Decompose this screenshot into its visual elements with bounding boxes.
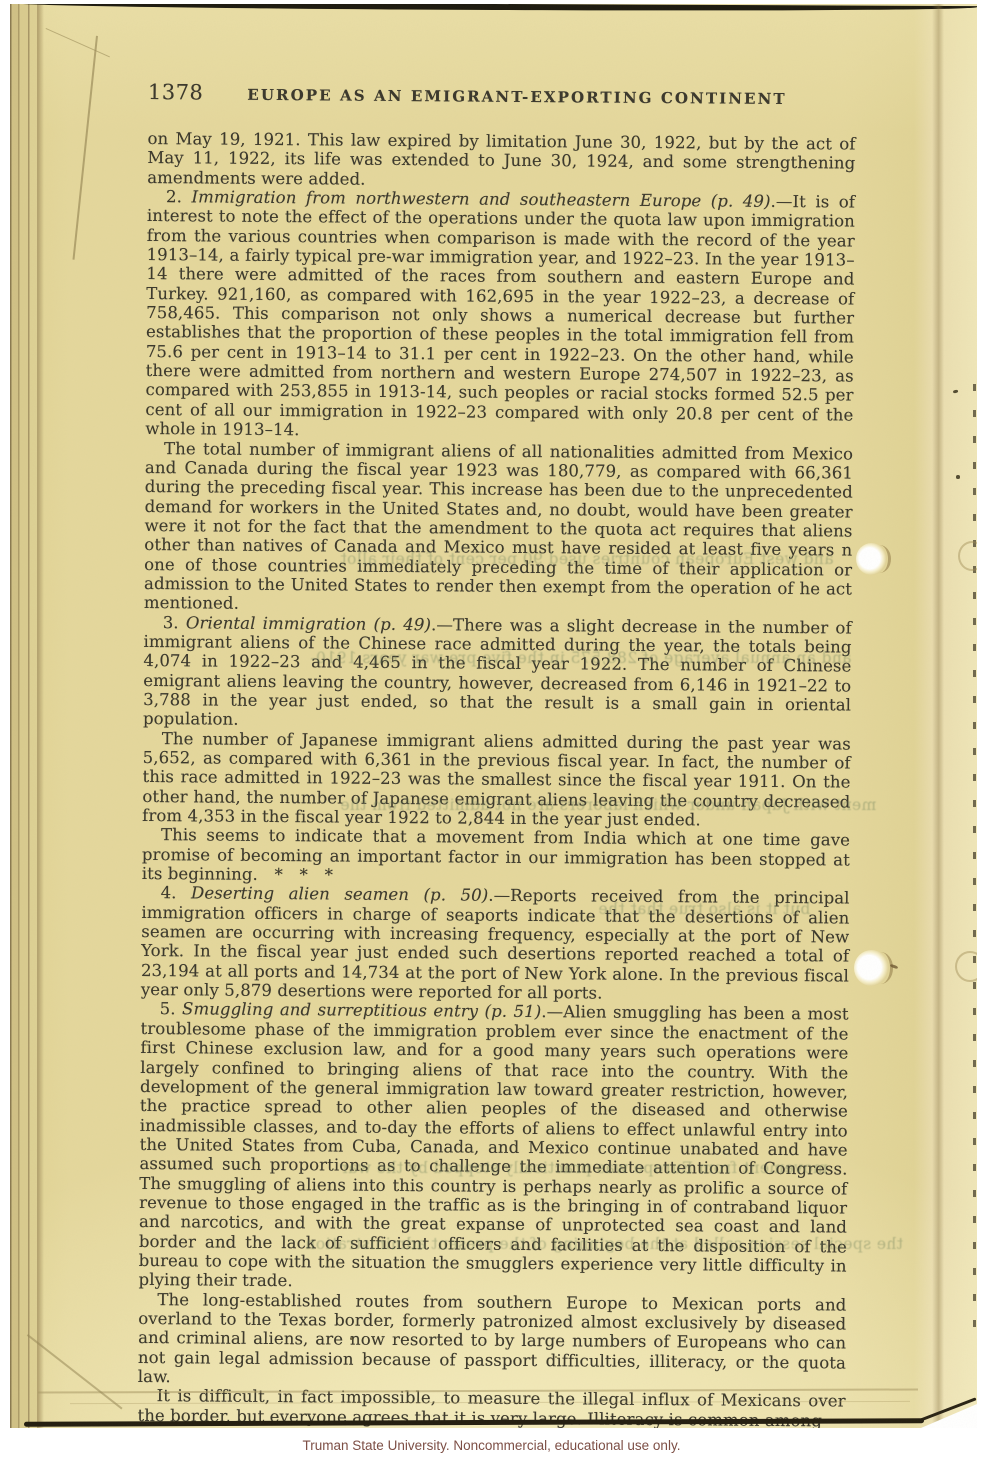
paragraph: The long-established routes from souther… (138, 1290, 847, 1392)
paragraph: The number of Japanese immigrant aliens … (142, 729, 851, 831)
paragraph: 3. Oriental immigration (p. 49).—There w… (143, 613, 852, 735)
paragraph-text: 4. (161, 884, 192, 903)
ink-speck (350, 1337, 353, 1340)
paragraph: 2. Immigration from northwestern and sou… (145, 187, 855, 444)
paragraph: 4. Deserting alien seamen (p. 50).—Repor… (141, 883, 850, 1005)
punch-hole (854, 950, 889, 986)
text-body: on May 19, 1921. This law expired by lim… (137, 129, 855, 1428)
ink-speck (555, 1356, 557, 1358)
paragraph-text: .—Reports received from the principal im… (141, 886, 850, 1003)
paragraph-text: on May 19, 1921. This law expired by lim… (147, 129, 855, 188)
paragraph-text: .—Alien smuggling has been a most troubl… (139, 1003, 849, 1291)
punch-hole (856, 543, 887, 575)
paragraph-text: 2. (166, 187, 192, 206)
corner-crease (73, 36, 98, 260)
punch-hole-impression (958, 541, 977, 571)
scanned-page: 1378 EUROPE AS AN EMIGRANT-EXPORTING CON… (10, 4, 977, 1428)
paragraph-text: 5. (160, 1000, 183, 1019)
printed-text-block: 1378 EUROPE AS AN EMIGRANT-EXPORTING CON… (137, 80, 856, 1428)
punch-hole-impression (955, 951, 977, 982)
vertical-fold-crease (932, 4, 944, 1428)
page-edge-top (12, 4, 977, 12)
footer-credit: Truman State University. Noncommercial, … (0, 1438, 983, 1453)
paragraph-text: 3. (163, 613, 186, 632)
paragraph-text: This seems to indicate that a movement f… (142, 826, 850, 885)
scan-viewer: { "page_header": { "page_number": "1378"… (0, 0, 983, 1459)
page-number: 1378 (148, 80, 204, 104)
paragraph: 5. Smuggling and surreptitious entry (p.… (138, 999, 848, 1295)
ink-speck (956, 475, 960, 479)
paragraph-text: The total number of immigrant aliens of … (144, 439, 853, 613)
page-edge-right (973, 384, 976, 1334)
paragraph-text: The long-established routes from souther… (138, 1290, 847, 1386)
running-head: 1378 EUROPE AS AN EMIGRANT-EXPORTING CON… (148, 80, 856, 110)
paragraph: The total number of immigrant aliens of … (144, 438, 853, 618)
paragraph-text: .—It is of interest to note the effect o… (145, 192, 855, 439)
paragraph-text: The number of Japanese immigrant aliens … (142, 729, 851, 830)
section-heading-italic: Oriental immigration (p. 49) (186, 613, 431, 634)
section-heading-italic: Smuggling and surreptitious entry (p. 51… (182, 1000, 541, 1022)
running-title: EUROPE AS AN EMIGRANT-EXPORTING CONTINEN… (247, 86, 787, 108)
ink-speck (953, 389, 958, 393)
paragraph: on May 19, 1921. This law expired by lim… (147, 129, 855, 193)
section-heading-italic: Deserting alien seamen (p. 50) (191, 884, 488, 905)
paragraph-text: .—There was a slight decrease in the num… (143, 615, 852, 729)
corner-crease (45, 28, 109, 58)
paragraph: This seems to indicate that a movement f… (142, 825, 850, 889)
book-page-edges-left (10, 4, 44, 1428)
